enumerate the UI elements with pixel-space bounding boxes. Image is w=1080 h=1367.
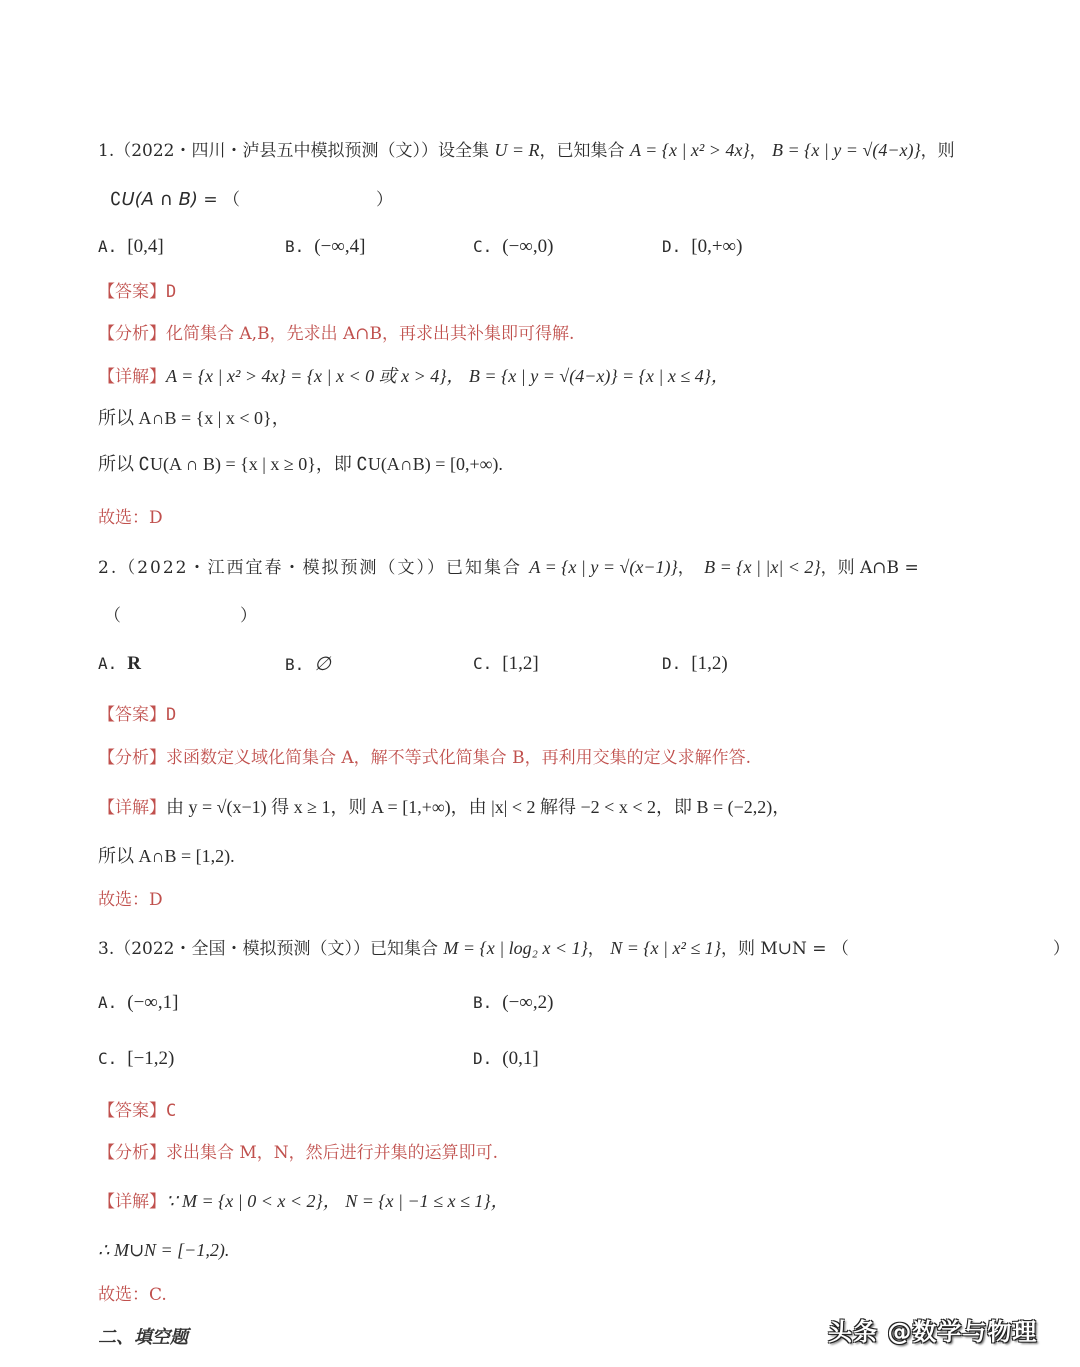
answer-value: D — [166, 282, 176, 302]
conclusion-line: 故选：D — [98, 506, 163, 530]
set-b: B = {x | y = √(4−x)} — [772, 140, 921, 160]
answer-value: D — [166, 705, 176, 725]
detail-line-1: 【详解】A = {x | x² > 4x} = {x | x < 0 或 x >… — [98, 364, 729, 389]
option-c: C.[−1,2) — [98, 1048, 174, 1070]
answer-blank: （ ） — [104, 606, 257, 626]
analysis-text: 化简集合 A,B，先求出 A∩B，再求出其补集即可得解. — [166, 324, 574, 344]
universe-set: U = R — [494, 140, 539, 160]
detail-line-2: 所以 A∩B = [1,2). — [98, 844, 235, 869]
analysis-tag: 【分析】 — [98, 324, 166, 344]
question-number: 1. — [98, 141, 114, 161]
option-a: A.(−∞,1] — [98, 992, 178, 1014]
detail-line-2: 所以 A∩B = {x | x < 0}， — [98, 406, 290, 431]
answer-line: 【答案】D — [98, 703, 176, 727]
question-source: （2022・四川・泸县五中模拟预测（文）） — [114, 141, 438, 161]
question-1-stem-line2: ∁U(A ∩ B) = （ ） — [110, 188, 393, 212]
set-a: A = {x | x² > 4x} — [630, 140, 750, 160]
question-number: 2. — [98, 558, 118, 578]
analysis-line: 【分析】求函数定义域化简集合 A，解不等式化简集合 B，再利用交集的定义求解作答… — [98, 746, 751, 770]
detail-line-2: ∴ M∪N = [−1,2). — [98, 1238, 229, 1263]
answer-tag: 【答案】 — [98, 282, 166, 302]
complement-expression: ∁U(A ∩ B) — [110, 189, 198, 210]
answer-line: 【答案】D — [98, 280, 176, 304]
analysis-text: 求函数定义域化简集合 A，解不等式化简集合 B，再利用交集的定义求解作答. — [166, 748, 751, 768]
section-heading: 二、填空题 — [98, 1323, 188, 1349]
detail-line-1: 【详解】由 y = √(x−1) 得 x ≥ 1，则 A = [1,+∞)，由 … — [98, 795, 790, 820]
question-source: （2022・江西宜春・模拟预测（文）） — [118, 558, 446, 578]
set-n: N = {x | x² ≤ 1} — [610, 938, 721, 958]
set-a: A = {x | y = √(x−1)} — [529, 557, 677, 577]
analysis-text: 求出集合 M，N，然后进行并集的运算即可. — [166, 1143, 498, 1163]
question-2-stem: 2.（2022・江西宜春・模拟预测（文））已知集合 A = {x | y = √… — [98, 555, 919, 580]
detail-line-3: 所以 ∁U(A ∩ B) = {x | x ≥ 0}，即 ∁U(A∩B) = [… — [98, 452, 503, 477]
detail-line-1: 【详解】∵ M = {x | 0 < x < 2}， N = {x | −1 ≤… — [98, 1189, 509, 1214]
answer-blank: = （ ） — [203, 190, 393, 210]
option-b: B.(−∞,2) — [473, 992, 553, 1014]
question-2-stem-line2: （ ） — [104, 604, 257, 628]
analysis-tag: 【分析】 — [98, 748, 166, 768]
option-d: D.[0,+∞) — [662, 236, 742, 258]
question-source: （2022・全国・模拟预测（文）） — [114, 939, 370, 959]
option-d: D.[1,2) — [662, 653, 728, 675]
question-1-stem: 1.（2022・四川・泸县五中模拟预测（文））设全集 U = R，已知集合 A … — [98, 138, 955, 163]
option-c: C.(−∞,0) — [473, 236, 553, 258]
answer-line: 【答案】C — [98, 1099, 176, 1123]
analysis-tag: 【分析】 — [98, 1143, 166, 1163]
answer-value: C — [166, 1101, 176, 1121]
question-number: 3. — [98, 939, 114, 959]
option-b: B.∅ — [285, 653, 331, 676]
option-a: A.R — [98, 653, 141, 675]
option-d: D.(0,1] — [473, 1048, 539, 1070]
analysis-line: 【分析】求出集合 M，N，然后进行并集的运算即可. — [98, 1141, 498, 1165]
watermark: 头条 @数学与物理 — [828, 1312, 1037, 1347]
option-b: B.(−∞,4] — [285, 236, 365, 258]
answer-tag: 【答案】 — [98, 705, 166, 725]
detail-tag: 【详解】 — [98, 367, 166, 387]
conclusion-line: 故选：C. — [98, 1283, 167, 1307]
set-m: M = {x | log₂ x < 1} — [443, 938, 587, 958]
answer-tag: 【答案】 — [98, 1101, 166, 1121]
set-b: B = {x | |x| < 2} — [704, 557, 821, 577]
conclusion-line: 故选：D — [98, 888, 163, 912]
analysis-line: 【分析】化简集合 A,B，先求出 A∩B，再求出其补集即可得解. — [98, 322, 574, 346]
question-3-stem: 3.（2022・全国・模拟预测（文））已知集合 M = {x | log₂ x … — [98, 936, 1070, 961]
option-a: A.[0,4] — [98, 236, 164, 258]
detail-tag: 【详解】 — [98, 1192, 166, 1212]
detail-tag: 【详解】 — [98, 798, 166, 818]
option-c: C.[1,2] — [473, 653, 539, 675]
